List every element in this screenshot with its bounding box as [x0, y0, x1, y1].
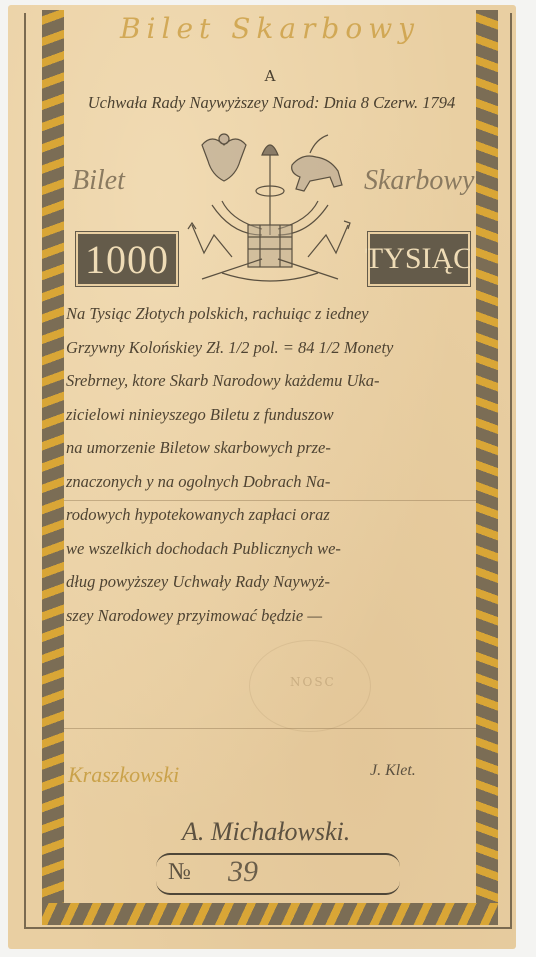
bottom-rope-border	[42, 903, 498, 925]
body-line: Grzywny Kolońskiey Zł. 1/2 pol. = 84 1/2…	[66, 331, 474, 365]
right-rope-border	[476, 10, 498, 922]
signature-left: Kraszkowski	[68, 762, 179, 788]
body-line: zicielowi ninieyszego Biletu z funduszow	[66, 398, 474, 432]
banknote: Bilet Skarbowy A Uchwała Rady Naywyższey…	[8, 5, 516, 949]
title-right: Skarbowy	[364, 165, 474, 197]
serial-number-cartouche: № 39	[156, 853, 400, 895]
resolution-line: Uchwała Rady Naywyższey Narod: Dnia 8 Cz…	[44, 93, 499, 113]
signature-right: J. Klet.	[370, 762, 416, 780]
title-left: Bilet	[72, 165, 125, 197]
serial-number: 39	[228, 855, 258, 889]
denomination-word-box: TYSIĄC	[368, 232, 470, 286]
body-line: na umorzenie Biletow skarbowych prze-	[66, 431, 474, 465]
body-line: szey Narodowey przyimować będzie —	[66, 599, 474, 633]
eagle-icon	[202, 134, 246, 181]
fold-line	[64, 500, 476, 501]
coat-of-arms-icon	[182, 125, 358, 285]
body-line: dług powyższey Uchwały Rady Naywyż-	[66, 565, 474, 599]
knight-icon	[292, 135, 342, 191]
signature-center: A. Michałowski.	[182, 817, 350, 847]
denomination-number-box: 1000	[76, 232, 178, 286]
serial-prefix: №	[168, 859, 191, 886]
series-letter: A	[64, 67, 476, 85]
banknote-field: Bilet Skarbowy A Uchwała Rady Naywyższey…	[64, 10, 476, 903]
fold-line	[64, 728, 476, 729]
left-rope-border	[42, 10, 64, 922]
body-line: we wszelkich dochodach Publicznych we-	[66, 532, 474, 566]
body-line: Srebrney, ktore Skarb Narodowy każdemu U…	[66, 364, 474, 398]
top-ornamental-script: Bilet Skarbowy	[64, 12, 476, 45]
embossed-seal: NOSC	[249, 640, 371, 732]
body-line: rodowych hypotekowanych zapłaci oraz	[66, 498, 474, 532]
seal-text: NOSC	[290, 675, 336, 689]
body-line: Na Tysiąc Złotych polskich, rachuiąc z i…	[66, 297, 474, 331]
body-line: znaczonych y na ogolnych Dobrach Na-	[66, 465, 474, 499]
promissory-text: Na Tysiąc Złotych polskich, rachuiąc z i…	[66, 297, 474, 632]
